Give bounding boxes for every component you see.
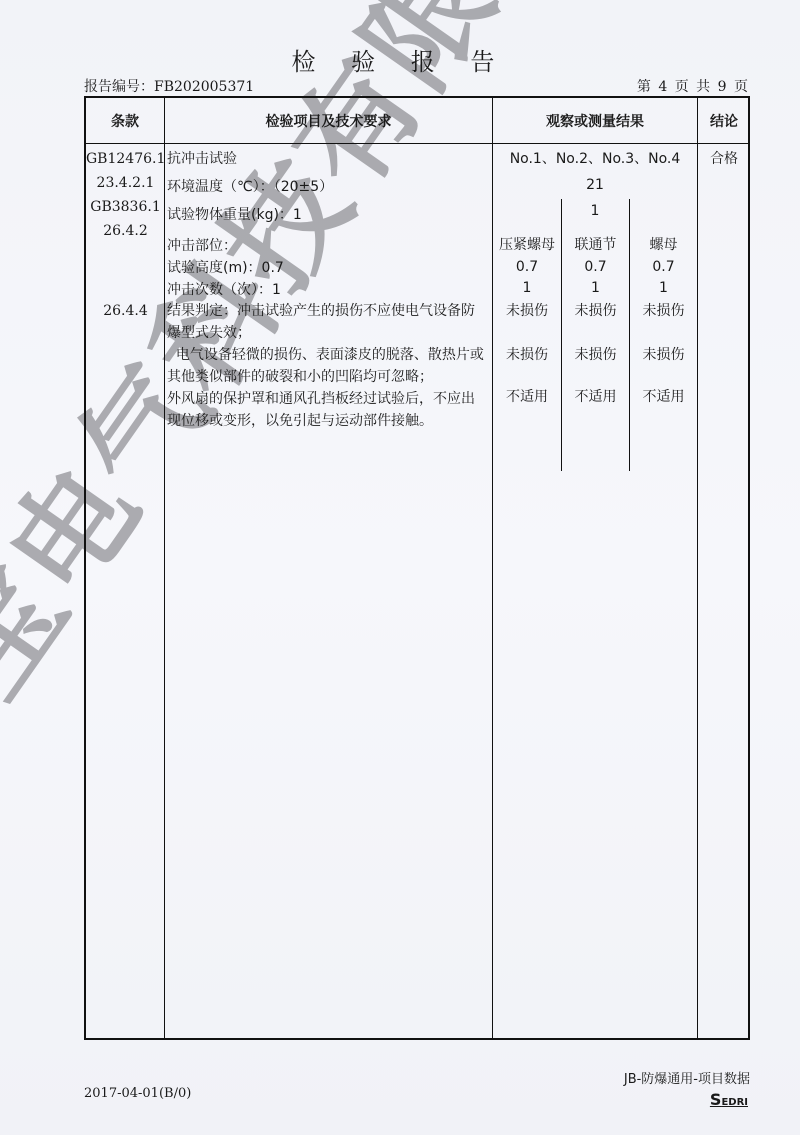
clause-ref: GB12476.1: [86, 148, 165, 171]
clause-ref: GB3836.1: [86, 196, 165, 219]
part-name: 压紧螺母: [493, 234, 561, 257]
req-ambient-temp: 环境温度（℃）：（20±5）: [167, 176, 333, 199]
judgement-line: 爆型式失效；: [167, 322, 251, 345]
judgement-line: 电气设备轻微的损伤、表面漆皮的脱落、散热片或: [167, 344, 484, 367]
req-impact-location: 冲击部位：: [167, 235, 237, 258]
page-indicator: 第 4 页 共 9 页: [637, 76, 748, 96]
judgement-line: 现位移或变形，以免引起与运动部件接触。: [167, 410, 433, 433]
req-object-weight: 试验物体重量(kg)：1: [167, 204, 302, 227]
part-height: 0.7: [630, 256, 697, 279]
report-title: 检 验 报 告: [0, 42, 800, 77]
conclusion: 合格: [698, 148, 750, 171]
part-judge: 未损伤: [562, 300, 629, 323]
result-object-weight: 1: [493, 200, 697, 223]
part-count: 1: [562, 277, 629, 300]
part-judge: 不适用: [493, 386, 561, 409]
part-judge: 不适用: [562, 386, 629, 409]
judgement-line: 外风扇的保护罩和通风孔挡板经过试验后，不应出: [167, 388, 475, 411]
template-name: JB-防爆通用-项目数据: [624, 1068, 750, 1087]
clause-ref: 26.4.2: [86, 220, 165, 243]
part-count: 1: [630, 277, 697, 300]
inspection-table: 条款 检验项目及技术要求 观察或测量结果 结论 GB12476.1 23.4.2…: [84, 96, 750, 1040]
part-judge: 未损伤: [630, 300, 697, 323]
report-number: 报告编号：FB202005371: [84, 76, 254, 96]
part-height: 0.7: [493, 256, 561, 279]
col-header-result: 观察或测量结果: [493, 98, 697, 144]
logo-text: EDRI: [721, 1097, 748, 1108]
part-judge: 未损伤: [562, 344, 629, 367]
result-ambient-temp: 21: [493, 174, 697, 197]
logo-s-icon: S: [710, 1090, 722, 1109]
col-divider: [697, 98, 698, 1038]
part-height: 0.7: [562, 256, 629, 279]
part-name: 螺母: [630, 234, 697, 257]
part-count: 1: [493, 277, 561, 300]
part-judge: 未损伤: [493, 344, 561, 367]
part-name: 联通节: [562, 234, 629, 257]
clause-ref: 26.4.4: [86, 300, 165, 323]
col-header-requirement: 检验项目及技术要求: [165, 98, 492, 144]
test-name: 抗冲击试验: [167, 148, 237, 171]
part-judge: 未损伤: [630, 344, 697, 367]
edri-logo: SEDRI: [710, 1090, 748, 1109]
judgement-line: 其他类似部件的破裂和小的凹陷均可忽略；: [167, 366, 433, 389]
col-header-clause: 条款: [86, 98, 164, 144]
form-date-revision: 2017-04-01(B/0): [84, 1086, 191, 1101]
clause-ref: 23.4.2.1: [86, 172, 165, 195]
judgement-line: 结果判定：冲击试验产生的损伤不应使电气设备防: [167, 300, 475, 323]
req-test-height: 试验高度(m)：0.7: [167, 257, 284, 280]
part-judge: 未损伤: [493, 300, 561, 323]
col-header-conclusion: 结论: [698, 98, 750, 144]
result-samples: No.1、No.2、No.3、No.4: [493, 148, 697, 171]
req-impact-count: 冲击次数（次）：1: [167, 279, 281, 302]
part-judge: 不适用: [630, 386, 697, 409]
